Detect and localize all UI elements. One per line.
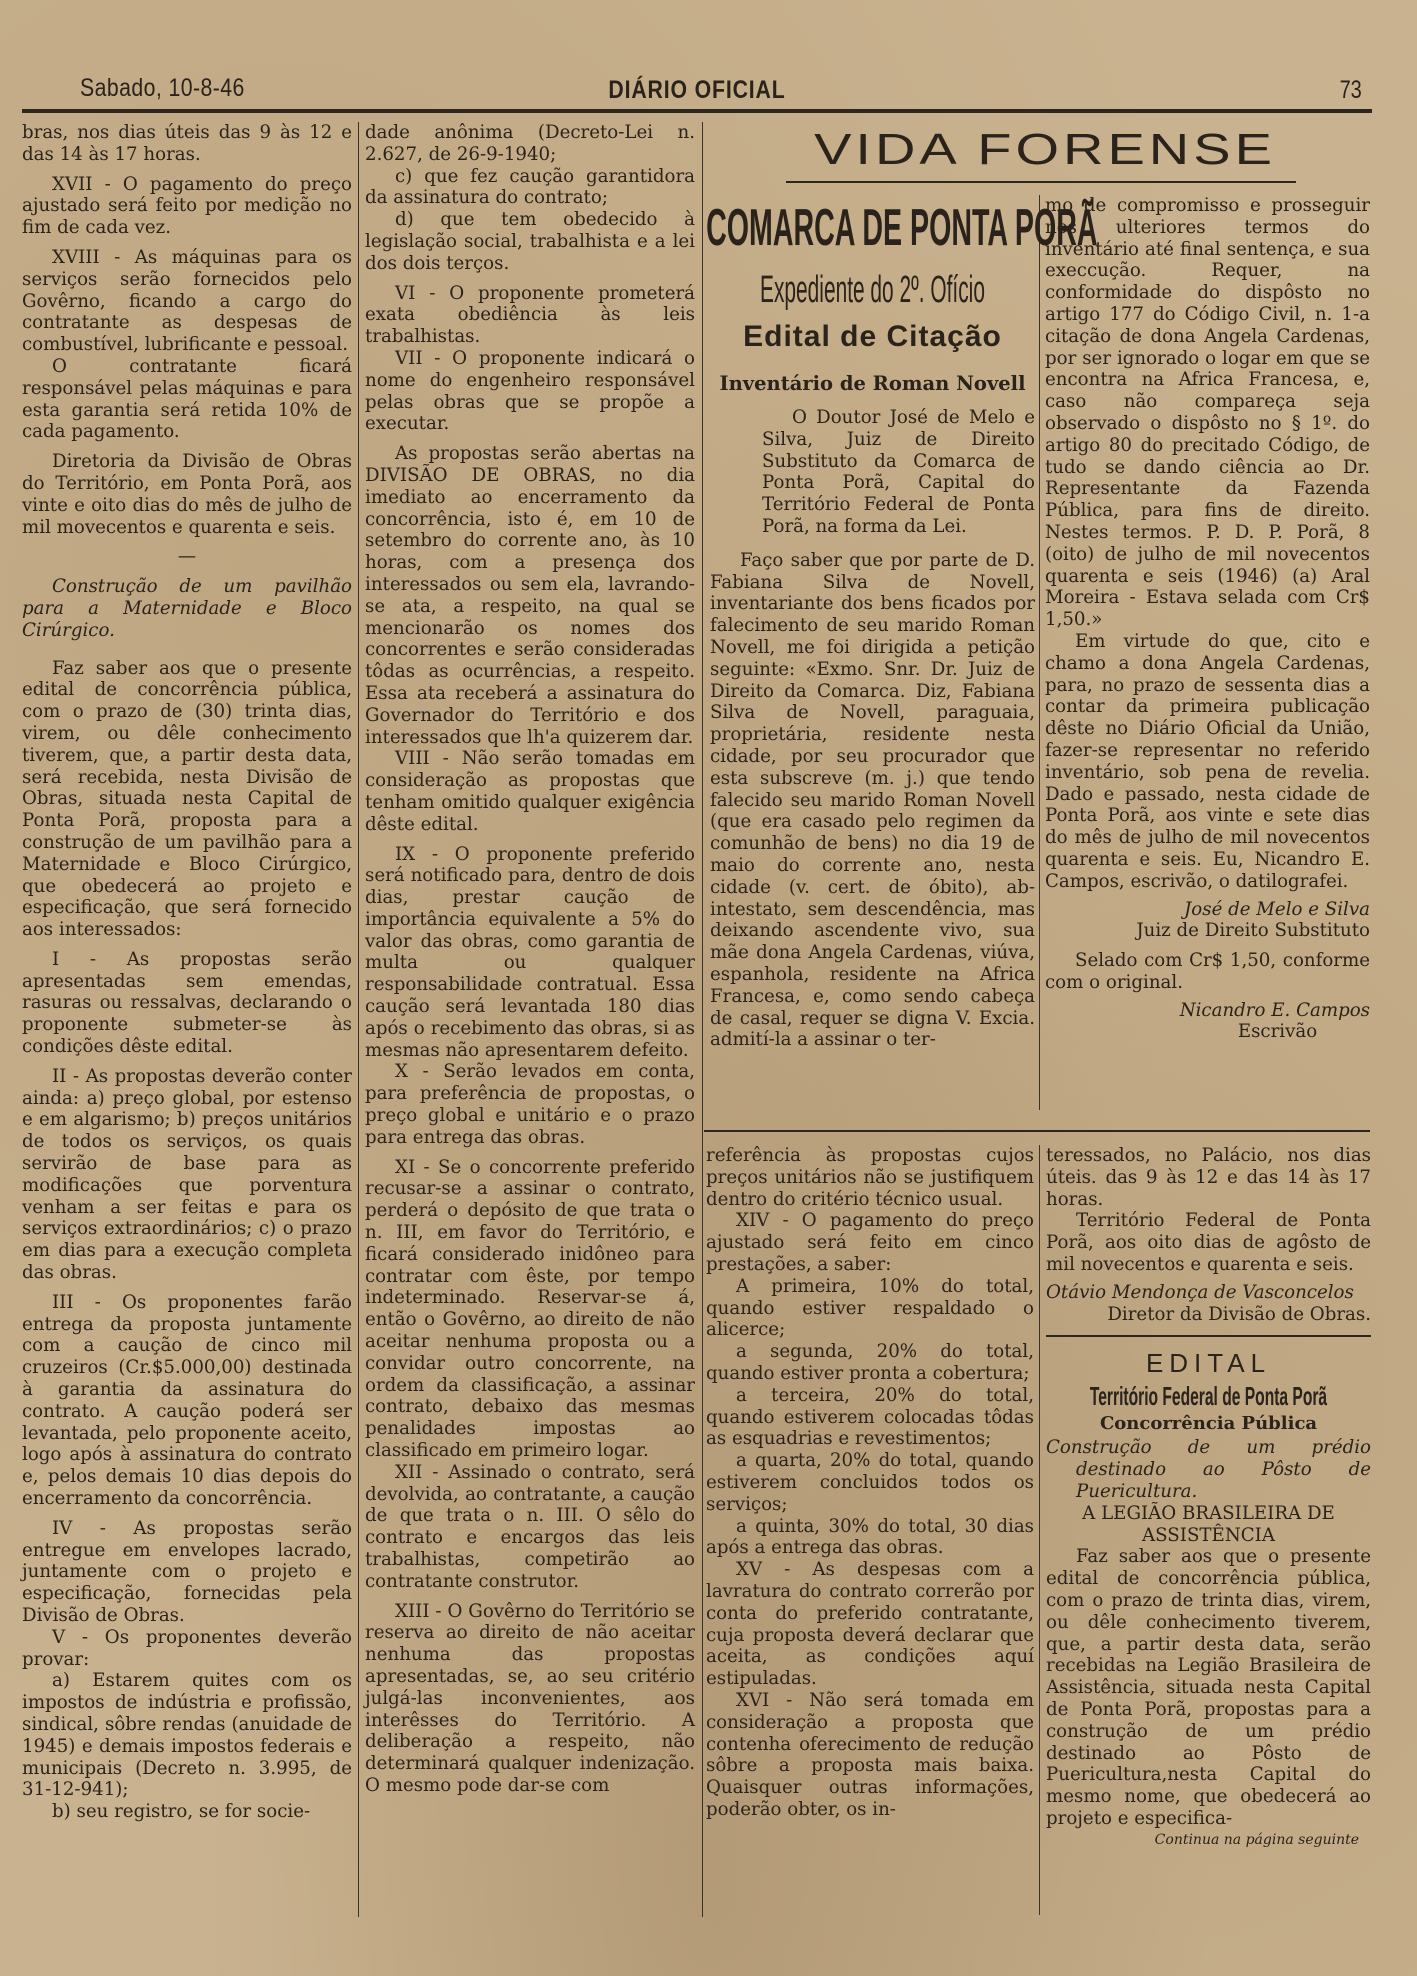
petition-text: Faço saber que por parte de D. Fabiana S…	[710, 550, 1035, 1051]
citation-notice-continued: mo de compromisso e prosseguir nos ulter…	[1045, 195, 1370, 1043]
clause-ii: II - As propostas deverão conter ainda: …	[22, 1066, 352, 1284]
installment-5: a quinta, 30% do total, 30 dias após a e…	[706, 1516, 1034, 1560]
expediente-heading: Expediente do 2º. Ofício	[728, 265, 1017, 315]
paragraph: bras, nos dias úteis das 9 às 12 e das 1…	[22, 122, 352, 166]
clause-v-d: d) que tem obedecido à legislação social…	[365, 209, 695, 274]
clause-xv: XV - As despesas com a lavratura do cont…	[706, 1559, 1034, 1690]
clause-vii: VII - O proponente indicará o nome do en…	[365, 348, 695, 435]
place-date: Território Federal de Ponta Porã, aos oi…	[1046, 1210, 1371, 1275]
clause-xiv: XIV - O pagamento do preço ajustado será…	[706, 1210, 1034, 1275]
installment-1: A primeira, 10% do total, quando estiver…	[706, 1276, 1034, 1341]
column-4-obras-notice: teressados, no Palácio, nos dias úteis. …	[1046, 1145, 1371, 1852]
column-3-obras-notice: referência às propostas cujos preços uni…	[706, 1145, 1034, 1821]
column-divider	[1039, 195, 1040, 1110]
clause-i: I - As propostas serão apresentadas sem …	[22, 949, 352, 1058]
paragraph: teressados, no Palácio, nos dias úteis. …	[1046, 1145, 1371, 1210]
judge-title: Juiz de Direito Substituto	[1045, 920, 1370, 942]
edital-type: Concorrência Pública	[1046, 1411, 1371, 1437]
case-title: Inventário de Roman Novell	[710, 369, 1035, 399]
director-signature: Otávio Mendonça de Vasconcelos	[1046, 1282, 1371, 1304]
paragraph: O contratante ficará responsável pelas m…	[22, 356, 352, 443]
clause-xvii: XVII - O pagamento do preço ajustado ser…	[22, 174, 352, 239]
edital-territory: Território Federal de Ponta Porã	[1063, 1381, 1354, 1411]
clause-x: X - Serão levados em conta, para preferê…	[365, 1061, 695, 1148]
separator: —	[22, 546, 352, 568]
clerk-title: Escrivão	[1045, 1021, 1370, 1043]
signature-place-date: Diretoria da Divisão de Obras do Territó…	[22, 451, 352, 538]
paragraph: dade anônima (Decreto-Lei n. 2.627, de 2…	[365, 122, 695, 166]
edital-heading: EDITAL	[1046, 1345, 1371, 1381]
edital-subject: Construção de um prédio destinado ao Pôs…	[1046, 1437, 1371, 1502]
seal-note: Selado com Cr$ 1,50, conforme com o orig…	[1045, 950, 1370, 994]
petition-continued: mo de compromisso e prosseguir nos ulter…	[1045, 195, 1370, 631]
newspaper-title: DIÁRIO OFICIAL	[123, 76, 1271, 105]
edital-heading: Edital de Citação	[710, 315, 1035, 359]
clause-xiii: XIII - O Govêrno do Território se reserv…	[365, 1601, 695, 1797]
citation-notice: COMARCA DE PONTA PORÃ Expediente do 2º. …	[710, 195, 1035, 1051]
masthead: Sabado, 10-8-46 DIÁRIO OFICIAL 73	[22, 72, 1372, 112]
clause-vi: VI - O proponente prometerá exata obediê…	[365, 283, 695, 348]
column-divider	[1039, 1145, 1040, 1915]
installment-2: a segunda, 20% do total, quando estiver …	[706, 1341, 1034, 1385]
masthead-rule	[22, 109, 1372, 113]
column-2-obras-notice: dade anônima (Decreto-Lei n. 2.627, de 2…	[365, 122, 695, 1797]
paragraph: As propostas serão abertas na DIVISÃO DE…	[365, 443, 695, 748]
judge-signature: José de Melo e Silva	[1045, 899, 1370, 921]
judge-intro: O Doutor José de Melo e Silva, Juiz de D…	[762, 407, 1035, 538]
page-number: 73	[1340, 76, 1362, 105]
director-title: Diretor da Divisão de Obras.	[1046, 1304, 1371, 1326]
installment-4: a quarta, 20% do total, quando estiverem…	[706, 1450, 1034, 1515]
column-divider	[702, 122, 703, 1917]
clause-viii: VIII - Não serão tomadas em consideração…	[365, 748, 695, 835]
clause-v-a: a) Estarem quites com os impostos de ind…	[22, 1670, 352, 1801]
judge-intro-block: O Doutor José de Melo e Silva, Juiz de D…	[762, 407, 1035, 538]
column-divider	[358, 122, 359, 1917]
summons-paragraph: Em virtude do que, cito e chamo a dona A…	[1045, 631, 1370, 893]
clause-v: V - Os proponentes deverão provar:	[22, 1627, 352, 1671]
clause-xi: XI - Se o concorrente preferido recusar-…	[365, 1157, 695, 1462]
clause-xvi: XVI - Não será tomada em consideração a …	[706, 1690, 1034, 1821]
installment-3: a terceira, 20% do total, quando estiver…	[706, 1385, 1034, 1450]
clause-xviii: XVIII - As máquinas para os serviços ser…	[22, 247, 352, 356]
notice-subject: Construção de um pavilhão para a Materni…	[22, 576, 352, 641]
clause-v-b: b) seu registro, se for socie-	[22, 1801, 352, 1823]
paragraph: Faz saber aos que o presente edital de c…	[22, 658, 352, 941]
section-rule	[786, 181, 1296, 183]
clause-v-c: c) que fez caução garantidora da assinat…	[365, 166, 695, 210]
edital-issuer: A LEGIÃO BRASILEIRA DE ASSISTÊNCIA	[1046, 1503, 1371, 1547]
clause-iii: III - Os proponentes farão entrega da pr…	[22, 1292, 352, 1510]
clerk-signature: Nicandro E. Campos	[1045, 1000, 1370, 1022]
block-rule	[704, 1130, 1370, 1132]
clause-xii: XII - Assinado o contrato, será devolvid…	[365, 1462, 695, 1593]
clause-ix: IX - O proponente preferido será notific…	[365, 844, 695, 1062]
clause-iv: IV - As propostas serão entregue em enve…	[22, 1518, 352, 1627]
section-title: VIDA FORENSE	[800, 126, 1290, 173]
continued-note: Continua na página seguinte	[1046, 1830, 1371, 1852]
section-rule	[1046, 1335, 1371, 1337]
newspaper-page: Sabado, 10-8-46 DIÁRIO OFICIAL 73 bras, …	[0, 0, 1417, 1976]
column-1-obras-notice: bras, nos dias úteis das 9 às 12 e das 1…	[22, 122, 352, 1823]
paragraph: referência às propostas cujos preços uni…	[706, 1145, 1034, 1210]
paragraph: Faz saber aos que o presente edital de c…	[1046, 1546, 1371, 1829]
comarca-heading: COMARCA DE PONTA PORÃ	[706, 195, 1039, 261]
